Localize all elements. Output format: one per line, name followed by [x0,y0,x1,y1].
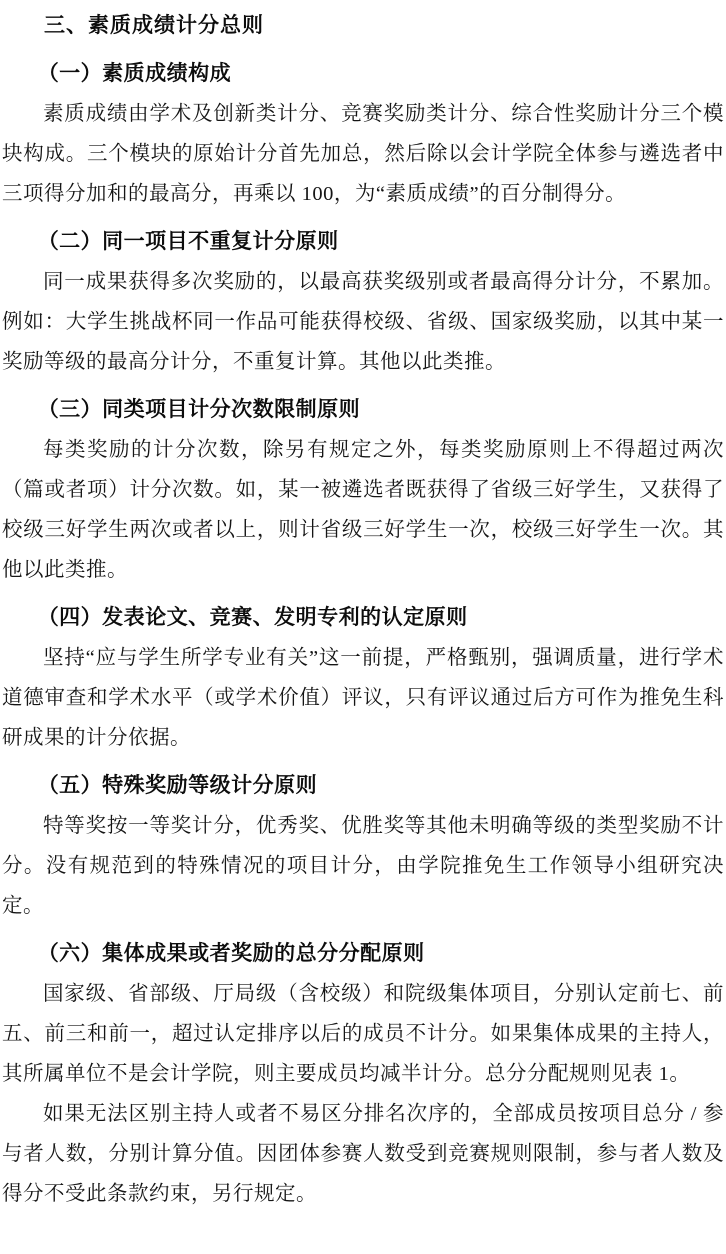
section-quality-score-composition: （一）素质成绩构成 素质成绩由学术及创新类计分、竞赛奖励类计分、综合性奖励计分三… [2,54,724,214]
document-title: 三、素质成绩计分总则 [2,6,724,46]
paragraph: 特等奖按一等奖计分，优秀奖、优胜奖等其他未明确等级的类型奖励不计分。没有规范到的… [2,806,724,926]
paragraph: 国家级、省部级、厅局级（含校级）和院级集体项目，分别认定前七、前五、前三和前一，… [2,974,724,1094]
section-heading: （二）同一项目不重复计分原则 [2,222,724,262]
section-heading: （五）特殊奖励等级计分原则 [2,766,724,806]
paragraph: 如果无法区别主持人或者不易区分排名次序的，全部成员按项目总分 / 参与者人数，分… [2,1094,724,1214]
document-page: 三、素质成绩计分总则 （一）素质成绩构成 素质成绩由学术及创新类计分、竞赛奖励类… [0,0,726,1254]
section-no-duplicate-scoring: （二）同一项目不重复计分原则 同一成果获得多次奖励的，以最高获奖级别或者最高得分… [2,222,724,382]
section-heading: （四）发表论文、竞赛、发明专利的认定原则 [2,598,724,638]
paragraph: 坚持“应与学生所学专业有关”这一前提，严格甄别，强调质量，进行学术道德审查和学术… [2,638,724,758]
section-heading: （六）集体成果或者奖励的总分分配原则 [2,934,724,974]
paragraph: 同一成果获得多次奖励的，以最高获奖级别或者最高得分计分，不累加。例如：大学生挑战… [2,262,724,382]
paragraph: 每类奖励的计分次数，除另有规定之外，每类奖励原则上不得超过两次（篇或者项）计分次… [2,430,724,590]
paragraph: 素质成绩由学术及创新类计分、竞赛奖励类计分、综合性奖励计分三个模块构成。三个模块… [2,94,724,214]
section-collective-score-allocation: （六）集体成果或者奖励的总分分配原则 国家级、省部级、厅局级（含校级）和院级集体… [2,934,724,1214]
section-special-award-levels: （五）特殊奖励等级计分原则 特等奖按一等奖计分，优秀奖、优胜奖等其他未明确等级的… [2,766,724,926]
section-heading: （一）素质成绩构成 [2,54,724,94]
section-heading: （三）同类项目计分次数限制原则 [2,390,724,430]
section-scoring-count-limit: （三）同类项目计分次数限制原则 每类奖励的计分次数，除另有规定之外，每类奖励原则… [2,390,724,590]
section-recognition-principles: （四）发表论文、竞赛、发明专利的认定原则 坚持“应与学生所学专业有关”这一前提，… [2,598,724,758]
